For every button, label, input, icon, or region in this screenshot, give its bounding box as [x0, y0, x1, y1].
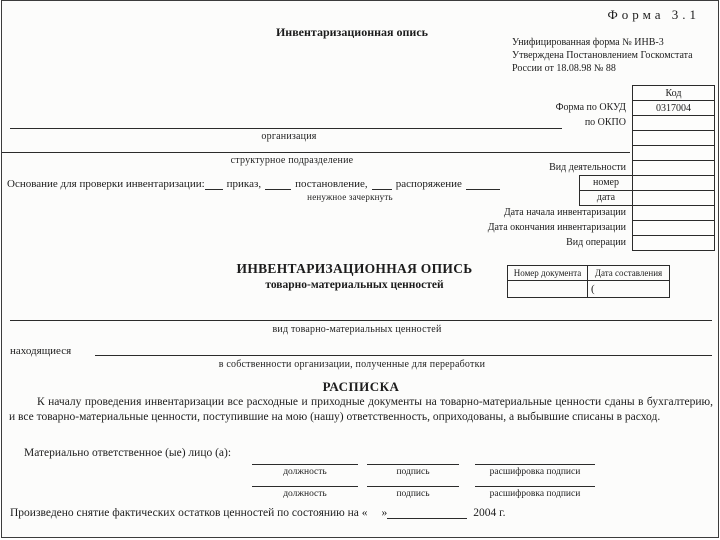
- doc-number-value: [508, 281, 588, 298]
- basis-option-order: приказ,: [223, 178, 265, 190]
- signature-transcript-2: расшифровка подписи: [475, 486, 595, 499]
- activity-code-cell: [632, 160, 715, 176]
- document-meta-table: Номер документа Дата составления (: [507, 265, 670, 298]
- month-fill-line: [387, 506, 467, 519]
- empty-code-cell-1: [632, 130, 715, 146]
- okpo-code-cell: [632, 115, 715, 131]
- signature-transcript-1: расшифровка подписи: [475, 464, 595, 477]
- form-number-label: Форма 3.1: [608, 7, 700, 23]
- approval-block: Унифицированная форма № ИНВ-3 Утверждена…: [512, 36, 693, 75]
- signature-position-1: должность: [252, 464, 358, 477]
- year-text: 2004 г.: [467, 507, 505, 519]
- okpo-label: по ОКПО: [585, 117, 626, 128]
- inventory-end-label: Дата окончания инвентаризации: [488, 222, 626, 233]
- inventory-start-label: Дата начала инвентаризации: [504, 207, 626, 218]
- strike-note: ненужное зачеркнуть: [285, 192, 415, 202]
- located-label: находящиеся: [10, 345, 71, 357]
- number-label-cell: номер: [579, 175, 633, 191]
- operation-label: Вид операции: [566, 237, 626, 248]
- receipt-title: РАСПИСКА: [2, 379, 719, 395]
- approval-line-2: Утверждена Постановлением Госкомстата: [512, 49, 693, 62]
- inventory-start-cell: [632, 205, 715, 221]
- doc-number-header: Номер документа: [508, 266, 588, 281]
- date-label-cell: дата: [579, 190, 633, 206]
- ownership-caption: в собственности организации, полученные …: [177, 359, 527, 370]
- activity-label: Вид деятельности: [549, 162, 626, 173]
- form-page: Форма 3.1 Инвентаризационная опись Унифи…: [1, 0, 719, 538]
- receipt-body: К началу проведения инвентаризации все р…: [9, 395, 713, 424]
- basis-fill-line-2: [265, 177, 291, 190]
- number-code-cell: [632, 175, 715, 191]
- okud-code-cell: 0317004: [632, 100, 715, 116]
- inventory-basis-row: Основание для проверки инвентаризации: п…: [7, 177, 573, 190]
- stocktaking-line: Произведено снятие фактических остатков …: [10, 506, 505, 519]
- basis-label: Основание для проверки инвентаризации:: [7, 178, 205, 190]
- stocktaking-text: Произведено снятие фактических остатков …: [10, 507, 368, 519]
- approval-line-1: Унифицированная форма № ИНВ-3: [512, 36, 693, 49]
- signature-sign-1: подпись: [367, 464, 459, 477]
- basis-fill-line-4: [466, 177, 500, 190]
- organization-fill-line: [10, 128, 562, 129]
- basis-fill-line-1: [205, 177, 223, 190]
- signature-position-2: должность: [252, 486, 358, 499]
- asset-kind-fill-line: [10, 320, 712, 321]
- ownership-fill-line: [95, 355, 712, 356]
- basis-fill-line-3: [372, 177, 392, 190]
- signature-sign-2: подпись: [367, 486, 459, 499]
- document-title: Инвентаризационная опись: [202, 25, 502, 40]
- date-code-cell: [632, 190, 715, 206]
- code-header-cell: Код: [632, 85, 715, 101]
- subdivision-caption: структурное подразделение: [172, 155, 412, 166]
- main-title-line2: товарно-материальных ценностей: [172, 279, 537, 291]
- asset-kind-caption: вид товарно-материальных ценностей: [227, 324, 487, 335]
- approval-line-3: России от 18.08.98 № 88: [512, 62, 693, 75]
- doc-date-value: (: [588, 281, 670, 298]
- operation-cell: [632, 235, 715, 251]
- code-column: Код 0317004: [632, 85, 715, 251]
- basis-option-resolution: постановление,: [291, 178, 372, 190]
- organization-caption: организация: [189, 131, 389, 142]
- main-title-line1: ИНВЕНТАРИЗАЦИОННАЯ ОПИСЬ: [172, 261, 537, 277]
- doc-date-header: Дата составления: [588, 266, 670, 281]
- empty-code-cell-2: [632, 145, 715, 161]
- responsible-person-label: Материально ответственное (ые) лицо (а):: [24, 447, 231, 459]
- subdivision-fill-line: [2, 152, 630, 153]
- okud-label: Форма по ОКУД: [556, 102, 626, 113]
- inventory-end-cell: [632, 220, 715, 236]
- basis-option-directive: распоряжение: [392, 178, 466, 190]
